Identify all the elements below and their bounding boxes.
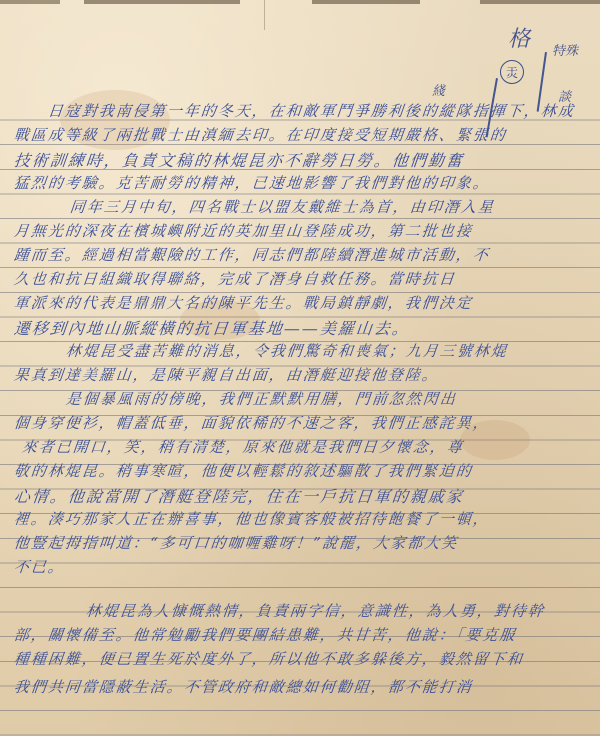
manuscript-line: 裡。湊巧那家人正在辦喜事，他也像賓客般被招待飽餐了一頓， [13,508,491,529]
manuscript-line: 個身穿便衫，帽蓋低垂，面貌依稀的不速之客，我們正感詫異， [13,412,491,433]
manuscript-line: 猛烈的考驗。克苦耐勞的精神，已速地影響了我們對他的印象。 [13,172,491,193]
manuscript-line: 遷移到內地山脈縱橫的抗日軍基地——美羅山去。 [13,316,411,339]
manuscript-line: 軍派來的代表是鼎鼎大名的陳平先生。戰局鎮靜劇，我們決定 [13,292,474,313]
torn-top-edge [0,0,600,4]
manuscript-line: 不已。 [13,556,66,577]
insert-note-xian: 綫 [432,80,445,99]
manuscript-page: 格 㶣 特殊 綫 談 日寇對我南侵第一年的冬天，在和敵軍鬥爭勝利後的縱隊指揮下，… [0,0,600,736]
manuscript-line: 種種困難，便已置生死於度外了，所以他不敢多躲後方，毅然留下和 [13,648,525,669]
manuscript-line: 林焜昆為人慷慨熱情，負責兩字信，意識性，為人勇，對待幹 [85,600,546,621]
manuscript-line: 林焜昆受盡苦難的消息，令我們驚奇和喪氣；九月三號林焜 [65,340,509,361]
margin-note-ge: 格 [508,22,530,53]
manuscript-line: 敬的林焜昆。稍事寒暄，他便以輕鬆的敘述驅散了我們緊迫的 [13,460,474,481]
manuscript-line: 月無光的深夜在檳城嶼附近的英加里山登陸成功，第二批也接 [13,220,474,241]
manuscript-line: 我們共同當隱蔽生活。不管政府和敵總如何勸阻，都不能打消 [13,676,474,697]
circled-character: 㶣 [506,64,518,81]
manuscript-line: 他豎起拇指叫道：“多可口的咖喱雞呀！”說罷，大家都大笑 [13,532,460,553]
margin-note-special: 特殊 [552,40,578,59]
manuscript-line: 同年三月中旬，四名戰士以盟友戴維士為首，由印潛入星 [69,196,496,217]
manuscript-line: 戰區成等級了兩批戰士由滇緬去印。在印度接受短期嚴格、緊張的 [13,124,508,145]
manuscript-line: 踵而至。經過相當艱險的工作，同志們都陸續潛進城市活動，不 [13,244,491,265]
paper-fold [264,0,265,30]
manuscript-line: 部，關懷備至。他常勉勵我們要團結患難，共甘苦，他說：「要克服 [13,624,518,645]
manuscript-line: 久也和抗日組織取得聯絡，完成了潛身自救任務。當時抗日 [13,268,457,289]
manuscript-line: 技術訓練時，負責文稿的林焜昆亦不辭勞日勞。他們勤奮 [13,148,465,171]
manuscript-line: 來者已開口，笑，稍有清楚，原來他就是我們日夕懷念，尊 [21,436,465,457]
circled-mark: 㶣 [500,60,524,84]
manuscript-line: 日寇對我南侵第一年的冬天，在和敵軍鬥爭勝利後的縱隊指揮下，林成 [47,100,576,121]
manuscript-line: 果真到達美羅山，是陳平親自出面，由潛艇迎接他登陸。 [13,364,440,385]
manuscript-line: 心情。他說當開了潛艇登陸完，住在一戶抗日軍的親戚家 [13,484,465,507]
manuscript-line: 是個暴風雨的傍晚，我們正默默用膳，門前忽然閃出 [65,388,458,409]
